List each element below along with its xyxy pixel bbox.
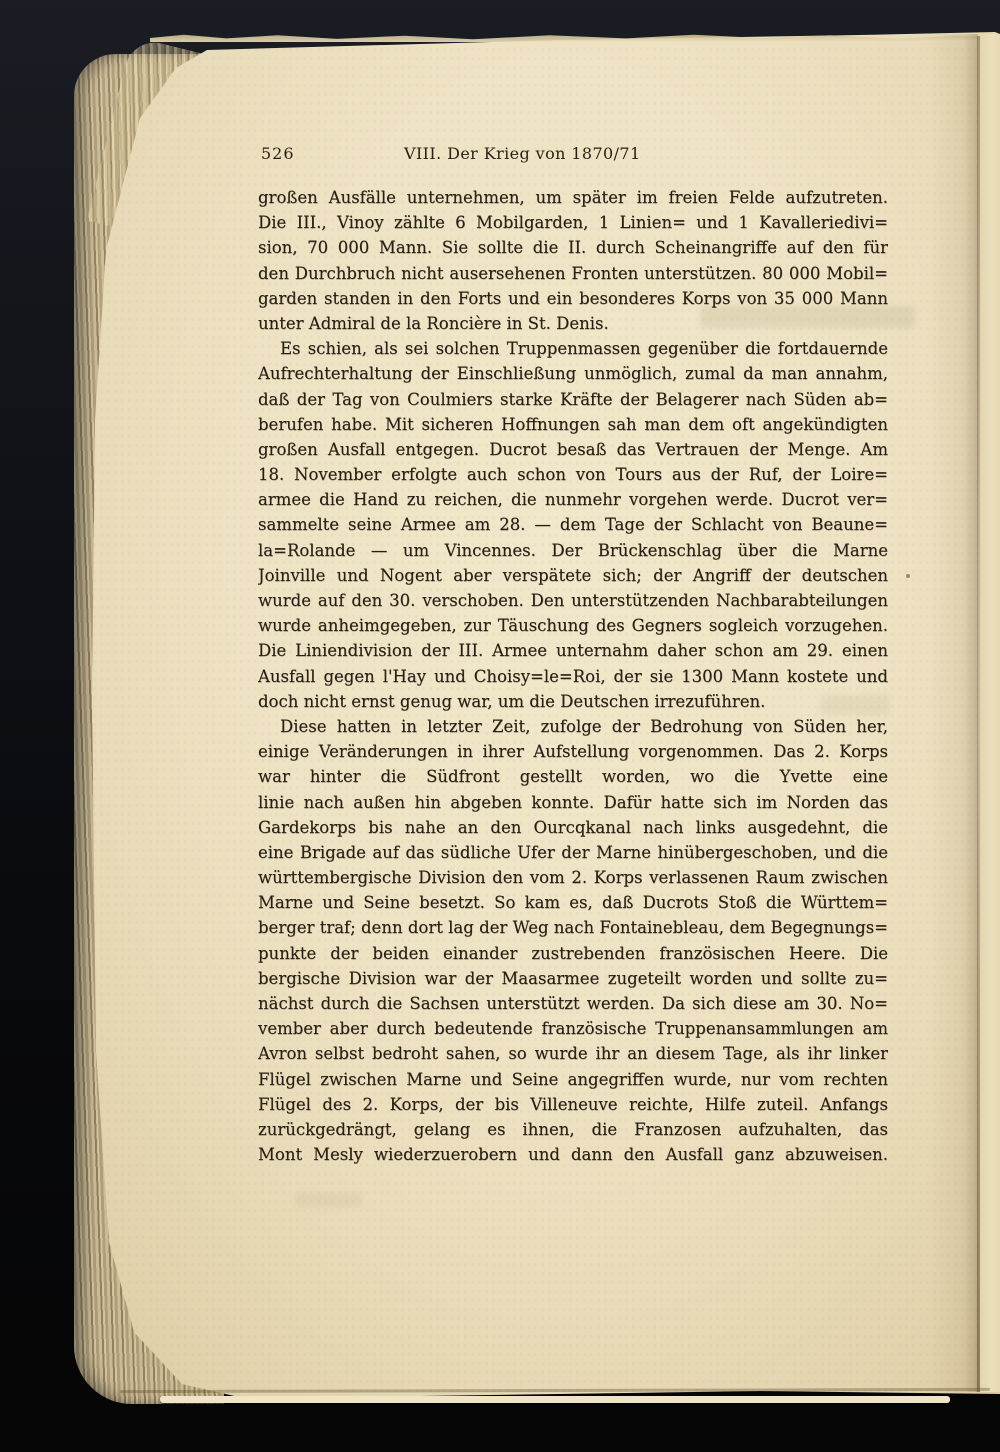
text-line: den Durchbruch nicht ausersehenen Fronte… — [258, 261, 888, 286]
text-line: württembergische Division den vom 2. Kor… — [258, 865, 888, 890]
paragraph: großen Ausfälle unternehmen, um später i… — [258, 185, 888, 336]
paragraph: Es schien, als sei solchen Truppenmassen… — [258, 336, 888, 714]
text-line: linie nach außen hin abgeben konnte. Daf… — [258, 790, 888, 815]
running-header-row: 526 VIII. Der Krieg von 1870/71 — [258, 144, 888, 164]
underlying-page-sliver — [160, 1396, 950, 1403]
paragraph: Diese hatten in letzter Zeit, zufolge de… — [258, 714, 888, 1167]
text-line: Ausfall gegen l'Hay und Choisy=le=Roi, d… — [258, 664, 888, 689]
text-line: Gardekorps bis nahe an den Ourcqkanal na… — [258, 815, 888, 840]
chapter-running-header: VIII. Der Krieg von 1870/71 — [404, 144, 641, 163]
ink-speck — [906, 574, 910, 578]
text-line: Flügel des 2. Korps, der bis Villeneuve … — [258, 1092, 888, 1117]
text-line: zurückgedrängt, gelang es ihnen, die Fra… — [258, 1117, 888, 1142]
page-top-deckle-edge — [150, 33, 1000, 42]
text-line: la=Rolande — um Vincennes. Der Brückensc… — [258, 538, 888, 563]
text-line: unter Admiral de la Roncière in St. Deni… — [258, 311, 888, 336]
page-content: 526 VIII. Der Krieg von 1870/71 großen A… — [258, 144, 888, 1167]
text-line: daß der Tag von Coulmiers starke Kräfte … — [258, 387, 888, 412]
text-block: großen Ausfälle unternehmen, um später i… — [258, 185, 888, 1167]
text-line: Die III., Vinoy zählte 6 Mobilgarden, 1 … — [258, 210, 888, 235]
text-line: Die Liniendivision der III. Armee untern… — [258, 638, 888, 663]
text-line: großen Ausfälle unternehmen, um später i… — [258, 185, 888, 210]
text-line: einige Veränderungen in ihrer Aufstellun… — [258, 739, 888, 764]
scanned-book-photo: 526 VIII. Der Krieg von 1870/71 großen A… — [0, 0, 1000, 1452]
text-line: war hinter die Südfront gestellt worden,… — [258, 764, 888, 789]
text-line: wurde anheimgegeben, zur Täuschung des G… — [258, 613, 888, 638]
text-line: nächst durch die Sachsen unterstützt wer… — [258, 991, 888, 1016]
text-line: sammelte seine Armee am 28. — dem Tage d… — [258, 512, 888, 537]
text-line: Es schien, als sei solchen Truppenmassen… — [258, 336, 888, 361]
page-number: 526 — [261, 144, 295, 163]
text-line: sion, 70 000 Mann. Sie sollte die II. du… — [258, 235, 888, 260]
text-line: Diese hatten in letzter Zeit, zufolge de… — [258, 714, 888, 739]
text-line: berger traf; denn dort lag der Weg nach … — [258, 915, 888, 940]
text-line: Aufrechterhaltung der Einschließung unmö… — [258, 361, 888, 386]
text-line: wurde auf den 30. verschoben. Den unters… — [258, 588, 888, 613]
text-line: Joinville und Nogent aber verspätete sic… — [258, 563, 888, 588]
text-line: berufen habe. Mit sicheren Hoffnungen sa… — [258, 412, 888, 437]
text-line: garden standen in den Forts und ein beso… — [258, 286, 888, 311]
book-page: 526 VIII. Der Krieg von 1870/71 großen A… — [0, 0, 1000, 1452]
text-line: Marne und Seine besetzt. So kam es, daß … — [258, 890, 888, 915]
text-line: Avron selbst bedroht sahen, so wurde ihr… — [258, 1041, 888, 1066]
adjacent-page-strip — [980, 34, 1000, 1392]
text-line: großen Ausfall entgegen. Ducrot besaß da… — [258, 437, 888, 462]
text-line: doch nicht ernst genug war, um die Deuts… — [258, 689, 888, 714]
show-through-smudge — [296, 1192, 362, 1208]
text-line: vember aber durch bedeutende französisch… — [258, 1016, 888, 1041]
text-line: punkte der beiden einander zustrebenden … — [258, 941, 888, 966]
text-line: armee die Hand zu reichen, die nunmehr v… — [258, 487, 888, 512]
text-line: Mont Mesly wiederzuerobern und dann den … — [258, 1142, 888, 1167]
text-line: eine Brigade auf das südliche Ufer der M… — [258, 840, 888, 865]
text-line: 18. November erfolgte auch schon von Tou… — [258, 462, 888, 487]
text-line: bergische Division war der Maasarmee zug… — [258, 966, 888, 991]
gutter-shading — [928, 34, 978, 1392]
text-line: Flügel zwischen Marne und Seine angegrif… — [258, 1067, 888, 1092]
